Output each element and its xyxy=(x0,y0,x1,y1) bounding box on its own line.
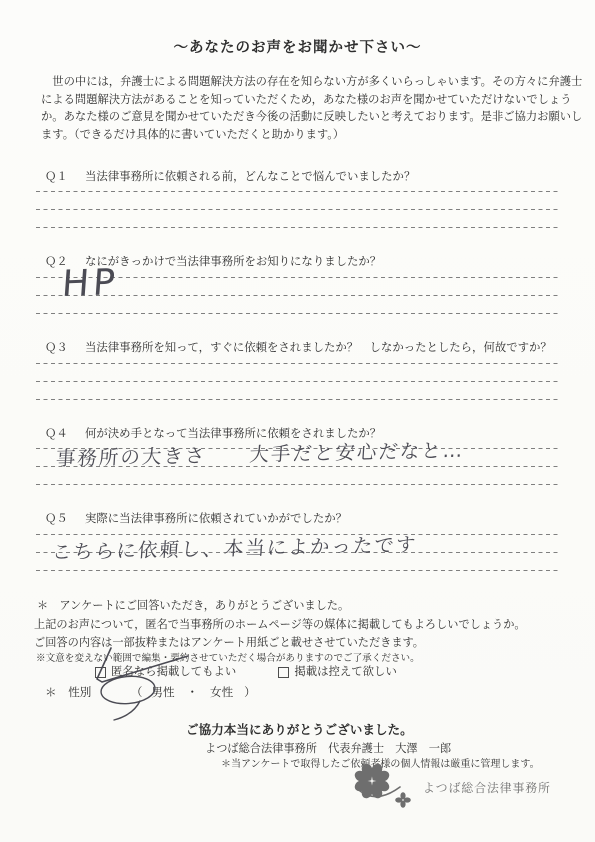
gender-option-male: 男性 xyxy=(151,684,174,700)
question-3: Ｑ３ 当法律事務所を知って，すぐに依頼をされましたか？ しなかったとしたら，何故… xyxy=(0,339,595,355)
consent-options: 匿名なら掲載してもよい 掲載は控えて欲しい xyxy=(95,663,397,679)
page-title: ～あなたのお声をお聞かせ下さい～ xyxy=(0,36,595,57)
intro-line: か。あなた様のご意見を聞かせていただき今後の活動に反映したいと考えております。是… xyxy=(41,109,564,127)
answer-line xyxy=(36,484,559,486)
question-3-label: Ｑ３ xyxy=(45,339,85,355)
intro-line: 世の中には，弁護士による問題解決方法の存在を知らない方が多くいらっしゃいます。そ… xyxy=(41,74,564,92)
checkbox-publish-ok-label: 匿名なら掲載してもよい xyxy=(111,663,236,679)
firm-logo-text: よつば総合法律事務所 xyxy=(423,779,551,796)
question-4-label: Ｑ４ xyxy=(45,425,85,441)
publish-request-line2: ご回答の内容は一部抜粋またはアンケート用紙ごと載せさせていただきます。 xyxy=(34,634,424,650)
gender-paren-close: ） xyxy=(244,684,256,700)
checkbox-publish-decline xyxy=(278,667,289,678)
edit-note: ※文意を変えない範囲で編集・要約させていただく場合がありますのでご了承ください。 xyxy=(36,650,420,664)
privacy-note: ＊当アンケートで取得したご依頼者様の個人情報は厳重に管理します。 xyxy=(221,755,540,770)
answer-line xyxy=(36,209,559,211)
gender-row: ＊ 性別 （ 男性 ・ 女性 ） xyxy=(45,684,256,700)
question-1-text: 当法律事務所に依頼される前，どんなことで悩んでいましたか？ xyxy=(85,168,415,184)
clover-swoosh xyxy=(360,787,400,797)
question-1: Ｑ１ 当法律事務所に依頼される前，どんなことで悩んでいましたか？ xyxy=(0,168,595,184)
firm-signature: よつば総合法律事務所 代表弁護士 大澤 一郎 xyxy=(205,740,451,756)
small-clover-icon xyxy=(395,792,411,808)
question-5-label: Ｑ５ xyxy=(45,510,85,526)
answer-line xyxy=(36,570,559,572)
answer-line xyxy=(36,191,559,193)
answer-line xyxy=(36,313,559,315)
answer-line xyxy=(36,227,559,229)
answer-line xyxy=(36,363,559,365)
checkbox-publish-decline-label: 掲載は控えて欲しい xyxy=(294,663,397,679)
question-3-text: 当法律事務所を知って，すぐに依頼をされましたか？ しなかったとしたら，何故ですか… xyxy=(85,339,552,355)
intro-line: による問題解決方法があることを知っていただくため，あなた様のお声を聞かせていただ… xyxy=(41,92,564,110)
question-1-label: Ｑ１ xyxy=(45,168,85,184)
gender-paren-open: （ xyxy=(131,684,143,700)
thanks-note: ＊ アンケートにご回答いただき，ありがとうございました。 xyxy=(37,597,349,613)
gender-circle-tail-ink xyxy=(114,701,140,720)
intro-line: ます。（できるだけ具体的に書いていただくと助かります。） xyxy=(41,127,564,145)
questionnaire-scan-page: ～あなたのお声をお聞かせ下さい～ 世の中には，弁護士による問題解決方法の存在を知… xyxy=(0,0,595,842)
gender-separator: ・ xyxy=(187,684,199,700)
closing-thanks: ご協力本当にありがとうございました。 xyxy=(186,719,413,738)
answer-line xyxy=(36,381,559,383)
handwritten-answer-q2: HP xyxy=(61,262,121,305)
question-2-text: なにがきっかけで当法律事務所をお知りになりましたか？ xyxy=(85,253,381,269)
intro-paragraph: 世の中には，弁護士による問題解決方法の存在を知らない方が多くいらっしゃいます。そ… xyxy=(41,74,564,144)
question-5-text: 実際に当法律事務所に依頼されていかがでしたか？ xyxy=(85,510,347,526)
gender-option-female: 女性 xyxy=(210,684,233,700)
answer-line xyxy=(36,399,559,401)
checkbox-publish-ok xyxy=(95,667,106,678)
gender-label: ＊ 性別 xyxy=(45,684,98,700)
publish-request-line1: 上記のお声について，匿名で当事務所のホームページ等の媒体に掲載してもよろしいでし… xyxy=(34,616,526,632)
question-5: Ｑ５ 実際に当法律事務所に依頼されていかがでしたか？ xyxy=(0,510,595,526)
